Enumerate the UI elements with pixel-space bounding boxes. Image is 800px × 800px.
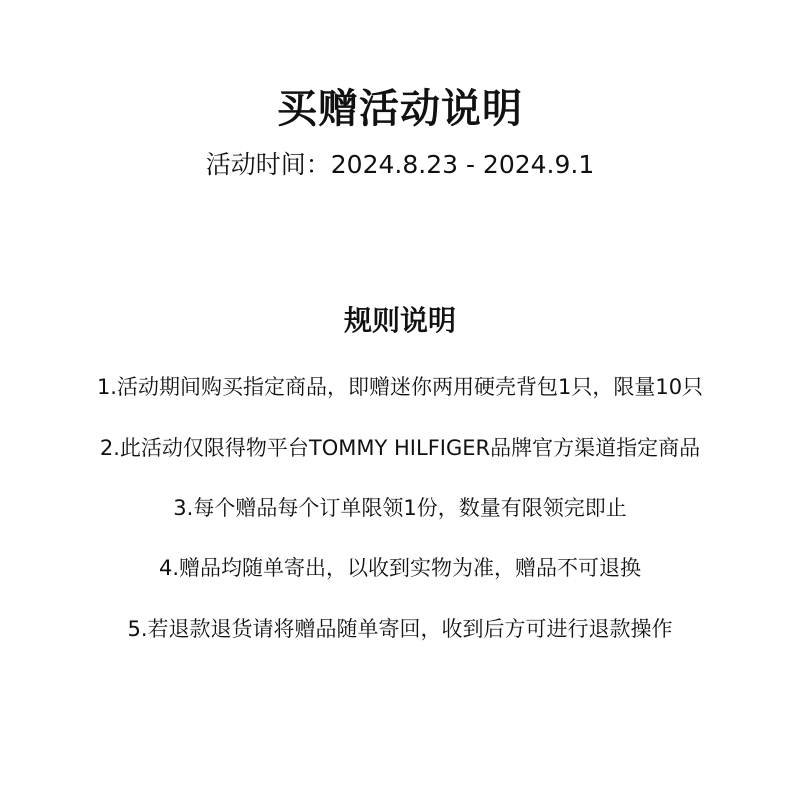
rule-item: 2.此活动仅限得物平台TOMMY HILFIGER品牌官方渠道指定商品 xyxy=(0,433,800,463)
rule-item: 1.活动期间购买指定商品，即赠迷你两用硬壳背包1只，限量10只 xyxy=(0,372,800,402)
rule-item: 3.每个赠品每个订单限领1份，数量有限领完即止 xyxy=(0,493,800,523)
activity-period-label: 活动时间： xyxy=(206,150,331,179)
activity-period: 活动时间：2024.8.23 - 2024.9.1 xyxy=(0,148,800,182)
promotion-notice-page: 买赠活动说明 活动时间：2024.8.23 - 2024.9.1 规则说明 1.… xyxy=(0,0,800,800)
rule-item: 5.若退款退货请将赠品随单寄回，收到后方可进行退款操作 xyxy=(0,614,800,644)
activity-period-range: 2024.8.23 - 2024.9.1 xyxy=(331,150,594,179)
page-title: 买赠活动说明 xyxy=(0,84,800,134)
rule-item: 4.赠品均随单寄出，以收到实物为准，赠品不可退换 xyxy=(0,553,800,583)
rules-heading: 规则说明 xyxy=(0,302,800,340)
